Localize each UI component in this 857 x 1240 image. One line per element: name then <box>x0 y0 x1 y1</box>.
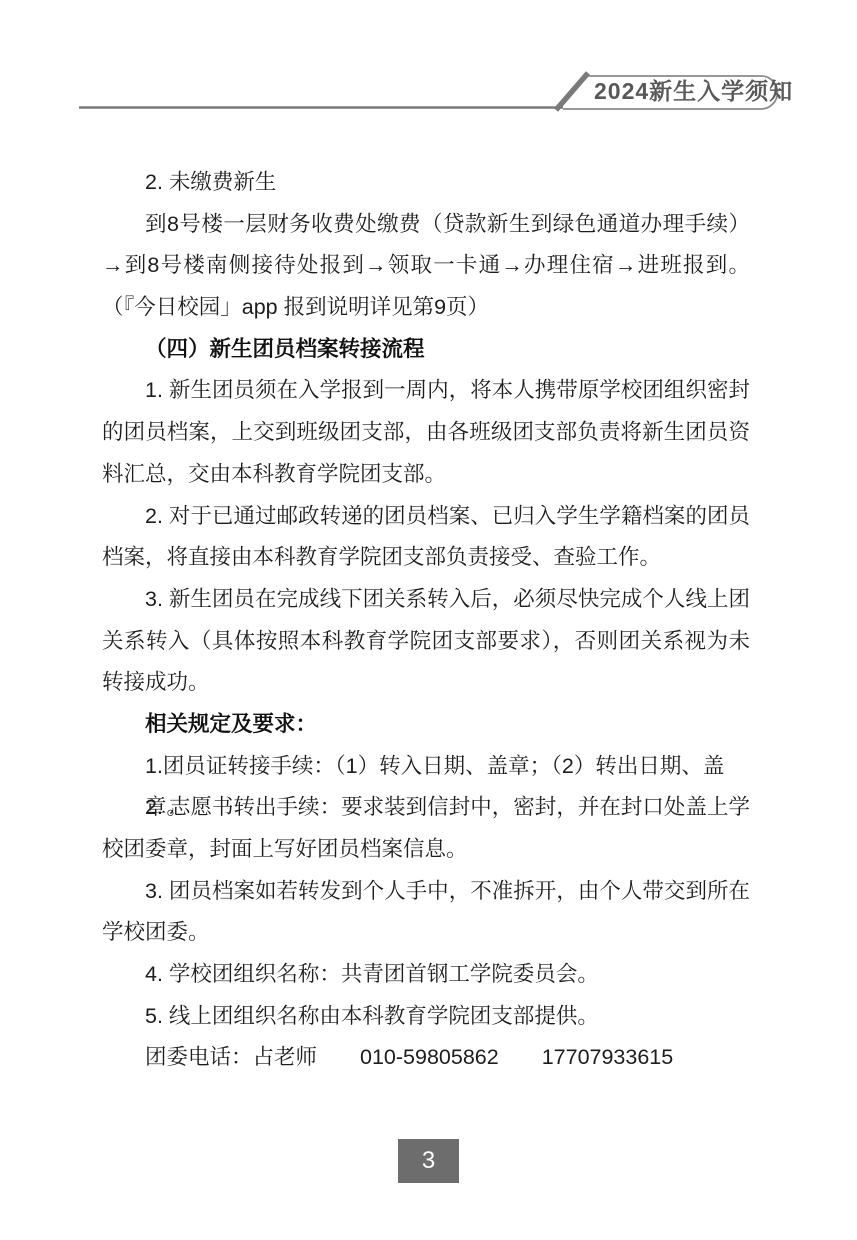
text-line: →到8号楼南侧接待处报到→领取一卡通→办理住宿→进班报到。 <box>102 245 750 287</box>
text-line: 2. 志愿书转出手续：要求装到信封中，密封，并在封口处盖上学 <box>102 787 750 829</box>
section-heading: 相关规定及要求： <box>102 704 750 746</box>
page-number: 3 <box>422 1147 435 1175</box>
text-line: 4. 学校团组织名称：共青团首钢工学院委员会。 <box>102 954 750 996</box>
text-line: 2. 对于已通过邮政转递的团员档案、已归入学生学籍档案的团员 <box>102 496 750 538</box>
text-line: 转接成功。 <box>102 662 750 704</box>
text-line: 5. 线上团组织名称由本科教育学院团支部提供。 <box>102 996 750 1038</box>
text-line: 2. 未缴费新生 <box>102 162 750 204</box>
document-body: 2. 未缴费新生 到8号楼一层财务收费处缴费（贷款新生到绿色通道办理手续） →到… <box>102 162 750 1079</box>
section-heading: （四）新生团员档案转接流程 <box>102 329 750 371</box>
text-line: 档案，将直接由本科教育学院团支部负责接受、查验工作。 <box>102 537 750 579</box>
text-line: 到8号楼一层财务收费处缴费（贷款新生到绿色通道办理手续） <box>102 204 750 246</box>
header-slash <box>556 73 588 110</box>
text-line: （『今日校园」app 报到说明详见第9页） <box>102 287 750 329</box>
text-line: 3. 新生团员在完成线下团关系转入后，必须尽快完成个人线上团 <box>102 579 750 621</box>
text-line: 的团员档案，上交到班级团支部，由各班级团支部负责将新生团员资 <box>102 412 750 454</box>
header-rule-decoration <box>0 0 857 130</box>
text-line: 3. 团员档案如若转发到个人手中，不准拆开，由个人带交到所在 <box>102 871 750 913</box>
text-line: 学校团委。 <box>102 912 750 954</box>
page-number-badge: 3 <box>398 1139 459 1183</box>
text-line: 校团委章，封面上写好团员档案信息。 <box>102 829 750 871</box>
text-line: 关系转入（具体按照本科教育学院团支部要求），否则团关系视为未 <box>102 621 750 663</box>
header-badge-title: 2024新生入学须知 <box>594 78 774 105</box>
contact-line: 团委电话：占老师 010-59805862 17707933615 <box>102 1037 750 1079</box>
text-line: 1.团员证转接手续：（1）转入日期、盖章；（2）转出日期、盖章。 <box>102 746 750 788</box>
page: 2024新生入学须知 2. 未缴费新生 到8号楼一层财务收费处缴费（贷款新生到绿… <box>0 0 857 1240</box>
text-line: 料汇总，交由本科教育学院团支部。 <box>102 454 750 496</box>
text-line: 1. 新生团员须在入学报到一周内，将本人携带原学校团组织密封 <box>102 370 750 412</box>
